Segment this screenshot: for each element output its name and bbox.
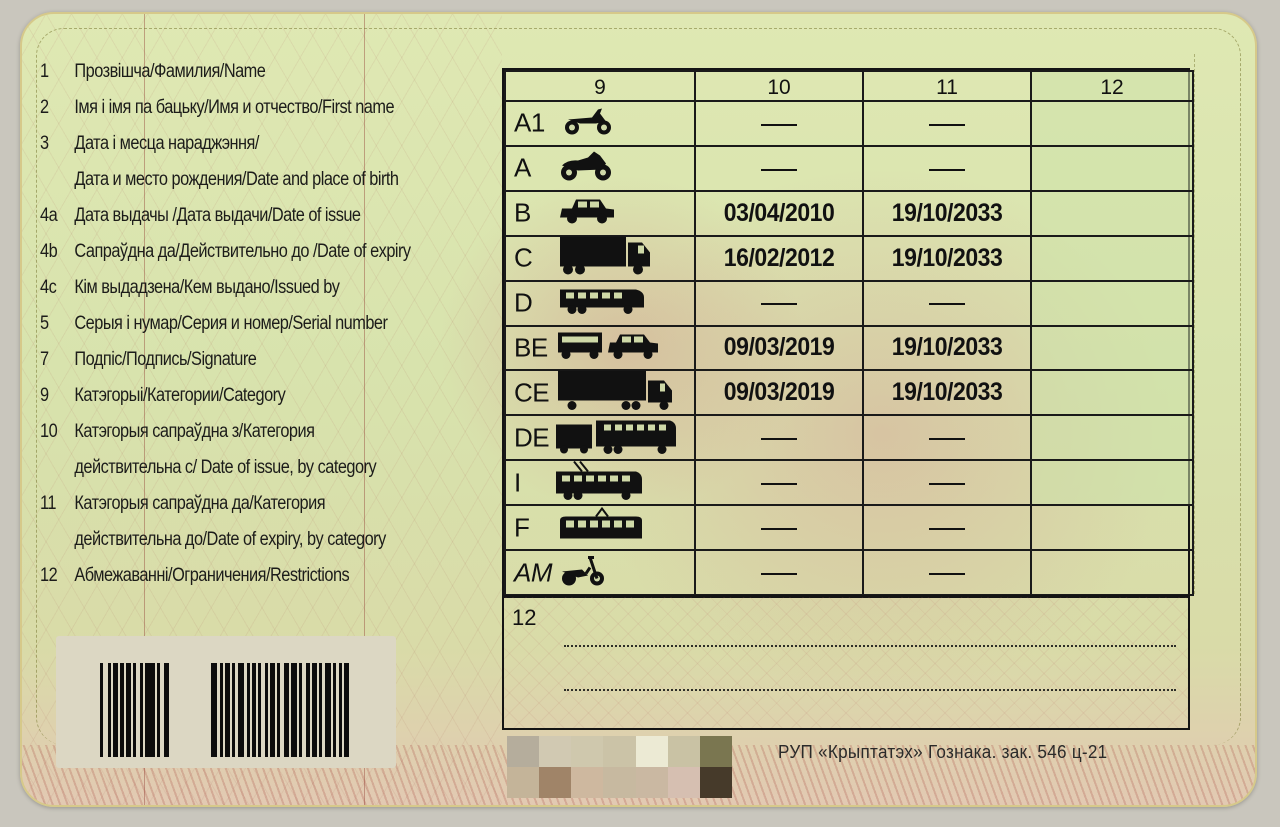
legend-row: 4aДата выдачы /Дата выдачи/Date of issue [40,198,444,234]
date-to-cell: — [863,101,1031,146]
category-code: A1 [514,108,545,139]
legend-text: Катэгорыя сапраўдна да/Категория [74,486,325,522]
legend-row: 4bСапраўдна да/Действительно до /Date of… [40,234,444,270]
category-code: A [514,153,531,184]
date-to-cell: 19/10/2033 [863,370,1031,415]
legend-text: Прозвішча/Фамилия/Name [74,54,265,90]
legend-row: 1Прозвішча/Фамилия/Name [40,54,444,90]
restrictions-cell [1031,460,1193,505]
date-to-cell: — [863,550,1031,595]
legend-number: 4b [40,234,74,270]
table-row: BE09/03/201919/10/2033 [505,326,1193,371]
table-row: D—— [505,281,1193,326]
legend-number: 9 [40,378,74,414]
restrictions-line [564,645,1176,647]
bus-icon [558,286,646,321]
category-code: CE [514,377,549,408]
legend-row: 12Абмежаванні/Ограничения/Restrictions [40,558,444,594]
category-code: I [514,467,521,498]
header-category: 9 [505,71,695,101]
barcode-bars-left [100,663,169,757]
legend-text: Дата и место рождения/Date and place of … [74,162,398,198]
legend-number: 3 [40,126,74,162]
legend-number: 2 [40,90,74,126]
category-cell: BE [505,326,695,371]
bus-trailer-icon [554,416,678,459]
legend-text: Катэгорыі/Категории/Category [74,378,285,414]
category-code: DE [514,422,549,453]
trolleybus-icon [554,459,644,506]
date-value: 16/02/2012 [724,244,835,273]
restrictions-cell [1031,370,1193,415]
redaction-pixel [668,767,700,798]
table-row: AM—— [505,550,1193,595]
date-value: 03/04/2010 [724,199,835,228]
legend-number: 7 [40,342,74,378]
redaction-pixel [636,767,668,798]
legend-row: 9Катэгорыі/Категории/Category [40,378,444,414]
category-cell: B [505,191,695,236]
legend-row: 4cКім выдадзена/Кем выдано/Issued by [40,270,444,306]
header-date-to: 11 [863,71,1031,101]
legend-number: 4c [40,270,74,306]
category-code: C [514,243,532,274]
empty-dash: — [929,470,965,495]
category-cell: D [505,281,695,326]
empty-dash: — [929,515,965,540]
table-row: F—— [505,505,1193,550]
redaction-pixel [636,736,668,767]
restrictions-cell [1031,415,1193,460]
car-trailer-icon [556,330,660,365]
date-from-cell: — [695,550,863,595]
field-legend: 1Прозвішча/Фамилия/Name2Імя і імя па бац… [40,54,510,594]
truck-trailer-icon [556,368,676,417]
truck-icon [558,235,654,282]
table-row: I—— [505,460,1193,505]
redaction-pixel [700,736,732,767]
category-code: AM [514,557,552,588]
date-to-cell: — [863,415,1031,460]
moped-icon [560,553,606,592]
legend-row: 10Катэгорыя сапраўдна з/Категория [40,414,444,450]
restrictions-cell [1031,191,1193,236]
category-cell: CE [505,370,695,415]
date-from-cell: — [695,101,863,146]
date-to-cell: 19/10/2033 [863,191,1031,236]
barcode [56,636,396,768]
restrictions-label: 12 [512,605,536,631]
legend-row: 2Імя і імя па бацьку/Имя и отчество/Firs… [40,90,444,126]
empty-dash: — [761,560,797,585]
date-from-cell: — [695,415,863,460]
legend-number: 12 [40,558,74,594]
legend-row: 3Дата і месца нараджэння/ [40,126,444,162]
legend-number: 4a [40,198,74,234]
empty-dash: — [761,155,797,180]
legend-row: Дата и место рождения/Date and place of … [40,162,444,198]
legend-text: Катэгорыя сапраўдна з/Категория [74,414,314,450]
motorcycle-light-icon [562,106,614,141]
category-cell: A [505,146,695,191]
restrictions-cell [1031,146,1193,191]
empty-dash: — [761,110,797,135]
date-to-cell: — [863,281,1031,326]
table-row: A—— [505,146,1193,191]
category-cell: F [505,505,695,550]
legend-number: 11 [40,486,74,522]
date-value: 19/10/2033 [892,333,1003,362]
redaction-pixel [668,736,700,767]
category-cell: C [505,236,695,281]
date-from-cell: — [695,146,863,191]
empty-dash: — [761,425,797,450]
legend-row: 5Серыя і нумар/Серия и номер/Serial numb… [40,306,444,342]
legend-text: Кім выдадзена/Кем выдано/Issued by [74,270,339,306]
legend-text: Сапраўдна да/Действительно до /Date of e… [74,234,410,270]
redaction-pixel [539,736,571,767]
category-code: BE [514,332,548,363]
header-date-from: 10 [695,71,863,101]
legend-text: действительна до/Date of expiry, by cate… [74,522,385,558]
table-row: CE09/03/201919/10/2033 [505,370,1193,415]
table-row: A1—— [505,101,1193,146]
table-row: B03/04/201019/10/2033 [505,191,1193,236]
date-to-cell: — [863,460,1031,505]
legend-text: Імя і імя па бацьку/Имя и отчество/First… [74,90,394,126]
legend-text: Серыя і нумар/Серия и номер/Serial numbe… [74,306,387,342]
category-cell: I [505,460,695,505]
empty-dash: — [929,155,965,180]
legend-row: действительна до/Date of expiry, by cate… [40,522,444,558]
empty-dash: — [761,470,797,495]
tram-icon [558,504,644,551]
table-row: DE—— [505,415,1193,460]
legend-row: 11Катэгорыя сапраўдна да/Категория [40,486,444,522]
legend-row: 7Подпіс/Подпись/Signature [40,342,444,378]
date-to-cell: — [863,146,1031,191]
empty-dash: — [761,290,797,315]
category-table: 9 10 11 12 A1——A——B03/04/201019/10/2033C… [502,68,1190,598]
redaction-pixel [571,767,603,798]
restrictions-cell [1031,326,1193,371]
redaction-pixel [603,767,635,798]
car-icon [558,197,616,230]
date-value: 09/03/2019 [724,378,835,407]
legend-text: Абмежаванні/Ограничения/Restrictions [74,558,349,594]
legend-number: 10 [40,414,74,450]
redacted-block [507,736,732,798]
table-row: C16/02/201219/10/2033 [505,236,1193,281]
legend-text: Дата і месца нараджэння/ [74,126,259,162]
legend-text: действительна с/ Date of issue, by categ… [74,450,376,486]
printer-imprint: РУП «Крыптатэх» Гознака. зак. 546 ц-21 [778,742,1107,763]
restrictions-cell [1031,505,1193,550]
date-from-cell: — [695,281,863,326]
empty-dash: — [929,290,965,315]
date-value: 19/10/2033 [892,244,1003,273]
date-from-cell: 09/03/2019 [695,370,863,415]
date-from-cell: — [695,505,863,550]
category-cell: AM [505,550,695,595]
date-value: 19/10/2033 [892,378,1003,407]
right-security-strip [1194,54,1238,594]
category-code: B [514,198,531,229]
empty-dash: — [929,110,965,135]
date-to-cell: — [863,505,1031,550]
date-to-cell: 19/10/2033 [863,236,1031,281]
date-from-cell: 16/02/2012 [695,236,863,281]
date-to-cell: 19/10/2033 [863,326,1031,371]
empty-dash: — [929,425,965,450]
redaction-pixel [539,767,571,798]
redaction-pixel [603,736,635,767]
date-value: 19/10/2033 [892,199,1003,228]
barcode-bars-right [211,663,349,757]
redaction-pixel [700,767,732,798]
redaction-pixel [571,736,603,767]
motorcycle-icon [558,150,614,187]
restrictions-line [564,689,1176,691]
legend-number: 1 [40,54,74,90]
category-cell: DE [505,415,695,460]
date-from-cell: 03/04/2010 [695,191,863,236]
legend-text: Подпіс/Подпись/Signature [74,342,256,378]
table-header: 9 10 11 12 [505,71,1193,101]
legend-text: Дата выдачы /Дата выдачи/Date of issue [74,198,360,234]
restrictions-cell [1031,236,1193,281]
legend-number: 5 [40,306,74,342]
date-from-cell: — [695,460,863,505]
header-restrictions: 12 [1031,71,1193,101]
license-card: 1Прозвішча/Фамилия/Name2Імя і імя па бац… [20,12,1257,807]
legend-row: действительна с/ Date of issue, by categ… [40,450,444,486]
restrictions-cell [1031,101,1193,146]
restrictions-cell [1031,550,1193,595]
redaction-pixel [507,767,539,798]
restrictions-box: 12 [502,595,1190,730]
date-value: 09/03/2019 [724,333,835,362]
empty-dash: — [761,515,797,540]
category-code: D [514,288,532,319]
category-code: F [514,512,529,543]
date-from-cell: 09/03/2019 [695,326,863,371]
category-cell: A1 [505,101,695,146]
restrictions-cell [1031,281,1193,326]
empty-dash: — [929,560,965,585]
redaction-pixel [507,736,539,767]
